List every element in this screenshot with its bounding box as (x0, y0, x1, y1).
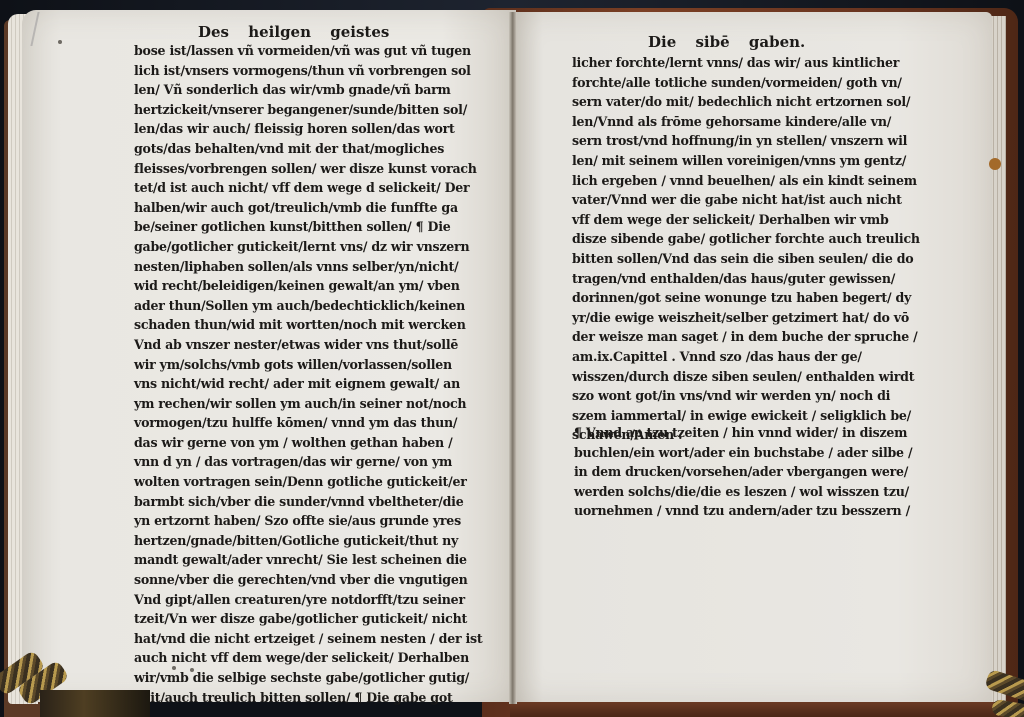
text-line: vater/Vnnd wer die gabe nicht hat/ist au… (572, 190, 920, 210)
text-line: len/Vnnd als frōme gehorsame kindere/all… (572, 112, 920, 132)
text-line: bitten sollen/Vnd das sein die siben seu… (572, 249, 920, 269)
text-line: vns nicht/wid recht/ ader mit eignem gew… (134, 374, 482, 394)
text-line: wir/vmb die selbige sechste gabe/gotlich… (134, 668, 482, 688)
text-line: wolten vortragen sein/Denn gotliche guti… (134, 472, 482, 492)
text-line: vnn d yn / das vortragen/das wir gerne/ … (134, 452, 482, 472)
text-line: be/seiner gotlichen kunst/bitthen sollen… (134, 217, 482, 237)
text-line: gots/das behalten/vnd mit der that/mogli… (134, 139, 482, 159)
text-line: vff dem wege der selickeit/ Derhalben wi… (572, 210, 920, 230)
text-line: werden solchs/die/die es leszen / wol wi… (574, 482, 912, 502)
text-line: ¶ Vnnd ap tzu tzeiten / hin vnnd wider/ … (574, 423, 912, 443)
text-line: wid recht/beleidigen/keinen gewalt/an ym… (134, 276, 482, 296)
text-line: nesten/liphaben sollen/als vnns selber/y… (134, 257, 482, 277)
text-line: in dem drucken/vorsehen/ader vbergangen … (574, 462, 912, 482)
text-line: sern trost/vnd hoffnung/in yn stellen/ v… (572, 131, 920, 151)
text-line: schaden thun/wid mit wortten/noch mit we… (134, 315, 482, 335)
text-line: lich ist/vnsers vormogens/thun vñ vorbre… (134, 61, 482, 81)
text-line: der weisze man saget / in dem buche der … (572, 327, 920, 347)
text-line: tragen/vnd enthalden/das haus/guter gewi… (572, 269, 920, 289)
text-line: auch nicht vff dem wege/der selickeit/ D… (134, 648, 482, 668)
text-line: wir ym/solchs/vmb gots willen/vorlassen/… (134, 355, 482, 375)
text-line: Vnd gipt/allen creaturen/yre notdorfft/t… (134, 590, 482, 610)
text-line: len/ Vñ sonderlich das wir/vmb gnade/vñ … (134, 80, 482, 100)
text-line: am.ix.Capittel . Vnnd szo /das haus der … (572, 347, 920, 367)
text-line: szo wont got/in vns/vnd wir werden yn/ n… (572, 386, 920, 406)
text-line: dorinnen/got seine wonunge tzu haben beg… (572, 288, 920, 308)
text-line: hertzen/gnade/bitten/Gotliche gutickeit/… (134, 531, 482, 551)
text-line: sern vater/do mit/ bedechlich nicht ertz… (572, 92, 920, 112)
text-line: wisszen/durch disze siben seulen/ enthal… (572, 367, 920, 387)
text-line: len/das wir auch/ fleissig horen sollen/… (134, 119, 482, 139)
clasp-base (40, 690, 150, 717)
cover-bottom-edge (510, 702, 1000, 717)
foxing-stain (989, 158, 1001, 170)
text-line: lich ergeben / vnnd beuelhen/ als ein ki… (572, 171, 920, 191)
text-line: sonne/vber die gerechten/vnd vber die vn… (134, 570, 482, 590)
text-line: vormogen/tzu hulffe kōmen/ vnnd ym das t… (134, 413, 482, 433)
text-line: barmbt sich/vber die sunder/vnnd vbelthe… (134, 492, 482, 512)
text-line: forchte/alle totliche sunden/vormeiden/ … (572, 73, 920, 93)
right-running-head: Die sibē gaben. (648, 33, 805, 51)
text-line: yn ertzornt haben/ Szo offte sie/aus gru… (134, 511, 482, 531)
page-stack-right-edge (990, 16, 1006, 706)
text-line: ader thun/Sollen ym auch/bedechticklich/… (134, 296, 482, 316)
text-line: hertzickeit/vnserer begangener/sunde/bit… (134, 100, 482, 120)
text-line: uornehmen / vnnd tzu andern/ader tzu bes… (574, 501, 912, 521)
text-line: das wir gerne von ym / wolthen gethan ha… (134, 433, 482, 453)
text-line: ym rechen/wir sollen ym auch/in seiner n… (134, 394, 482, 414)
wormhole (58, 40, 62, 44)
left-page-text: bose ist/lassen vñ vormeiden/vñ was gut … (134, 41, 482, 707)
text-line: yr/die ewige weiszheit/selber getzimert … (572, 308, 920, 328)
right-page-colophon: ¶ Vnnd ap tzu tzeiten / hin vnnd wider/ … (574, 423, 912, 521)
text-line: Vnd ab vnszer nester/etwas wider vns thu… (134, 335, 482, 355)
text-line: mandt gewalt/ader vnrecht/ Sie lest sche… (134, 550, 482, 570)
text-line: tet/d ist auch nicht/ vff dem wege d sel… (134, 178, 482, 198)
text-line: len/ mit seinem willen voreinigen/vnns y… (572, 151, 920, 171)
text-line: fleisses/vorbrengen sollen/ wer disze ku… (134, 159, 482, 179)
text-line: bose ist/lassen vñ vormeiden/vñ was gut … (134, 41, 482, 61)
text-line: hat/vnd die nicht ertzeiget / seinem nes… (134, 629, 482, 649)
right-page-text: licher forchte/lernt vnns/ das wir/ aus … (572, 53, 920, 445)
text-line: gabe/gotlicher gutickeit/lernt vns/ dz w… (134, 237, 482, 257)
text-line: keit/auch treulich bitten sollen/ ¶ Die … (134, 688, 482, 708)
text-line: halben/wir auch got/treulich/vmb die fun… (134, 198, 482, 218)
text-line: disze sibende gabe/ gotlicher forchte au… (572, 229, 920, 249)
left-running-head: Des heilgen geistes (198, 23, 389, 41)
book-gutter (509, 12, 517, 704)
text-line: buchlen/ein wort/ader ein buchstabe / ad… (574, 443, 912, 463)
text-line: licher forchte/lernt vnns/ das wir/ aus … (572, 53, 920, 73)
text-line: tzeit/Vn wer disze gabe/gotlicher gutick… (134, 609, 482, 629)
